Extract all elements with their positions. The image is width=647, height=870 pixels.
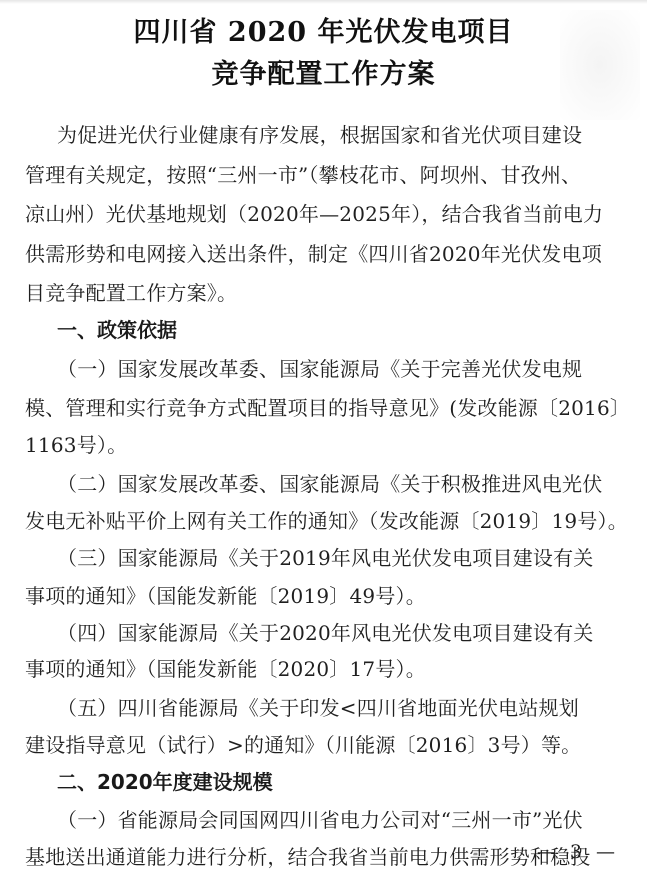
section-2-heading: 二、2020年度建设规模	[0, 767, 647, 797]
policy-item-3-line-1: （三）国家能源局《关于2019年风电光伏发电项目建设有关	[0, 543, 647, 573]
policy-item-1-line-3: 1163号）。	[0, 430, 647, 460]
document-title-line-2: 竞争配置工作方案	[0, 52, 647, 91]
policy-item-4-line-1: （四）国家能源局《关于2020年风电光伏发电项目建设有关	[0, 618, 647, 648]
policy-item-5-line-2: 建设指导意见（试行）>的通知》（川能源〔2016〕3号）等。	[0, 730, 647, 760]
page-top-edge	[0, 0, 647, 4]
intro-line-4: 供需形势和电网接入送出条件，制定《四川省2020年光伏发电项	[0, 239, 647, 269]
intro-line-2: 管理有关规定，按照“三州一市”（攀枝花市、阿坝州、甘孜州、	[0, 160, 647, 190]
intro-line-3: 凉山州）光伏基地规划（2020年—2025年），结合我省当前电力	[0, 199, 647, 229]
intro-line-1: 为促进光伏行业健康有序发展，根据国家和省光伏项目建设	[0, 120, 647, 150]
document-title-line-1: 四川省 2020 年光伏发电项目	[0, 10, 647, 49]
policy-item-1-line-2: 模、管理和实行竞争方式配置项目的指导意见》(发改能源〔2016〕	[0, 393, 647, 423]
policy-item-3-line-2: 事项的通知》（国能发新能〔2019〕49号）。	[0, 581, 647, 611]
intro-line-5: 目竞争配置工作方案》。	[0, 278, 647, 308]
policy-item-2-line-1: （二）国家发展改革委、国家能源局《关于积极推进风电光伏	[0, 469, 647, 499]
policy-item-1-line-1: （一）国家发展改革委、国家能源局《关于完善光伏发电规	[0, 354, 647, 384]
policy-item-5-line-1: （五）四川省能源局《关于印发<四川省地面光伏电站规划	[0, 693, 647, 723]
section-1-heading: 一、政策依据	[0, 315, 647, 345]
scale-item-1-line-2: 基地送出通道能力进行分析，结合我省当前电力供需形势和稳投	[0, 842, 647, 870]
policy-item-2-line-2: 发电无补贴平价上网有关工作的通知》（发改能源〔2019〕19号）。	[0, 506, 647, 536]
policy-item-4-line-2: 事项的通知》（国能发新能〔2020〕17号）。	[0, 654, 647, 684]
scale-item-1-line-1: （一）省能源局会同国网四川省电力公司对“三州一市”光伏	[0, 805, 647, 835]
